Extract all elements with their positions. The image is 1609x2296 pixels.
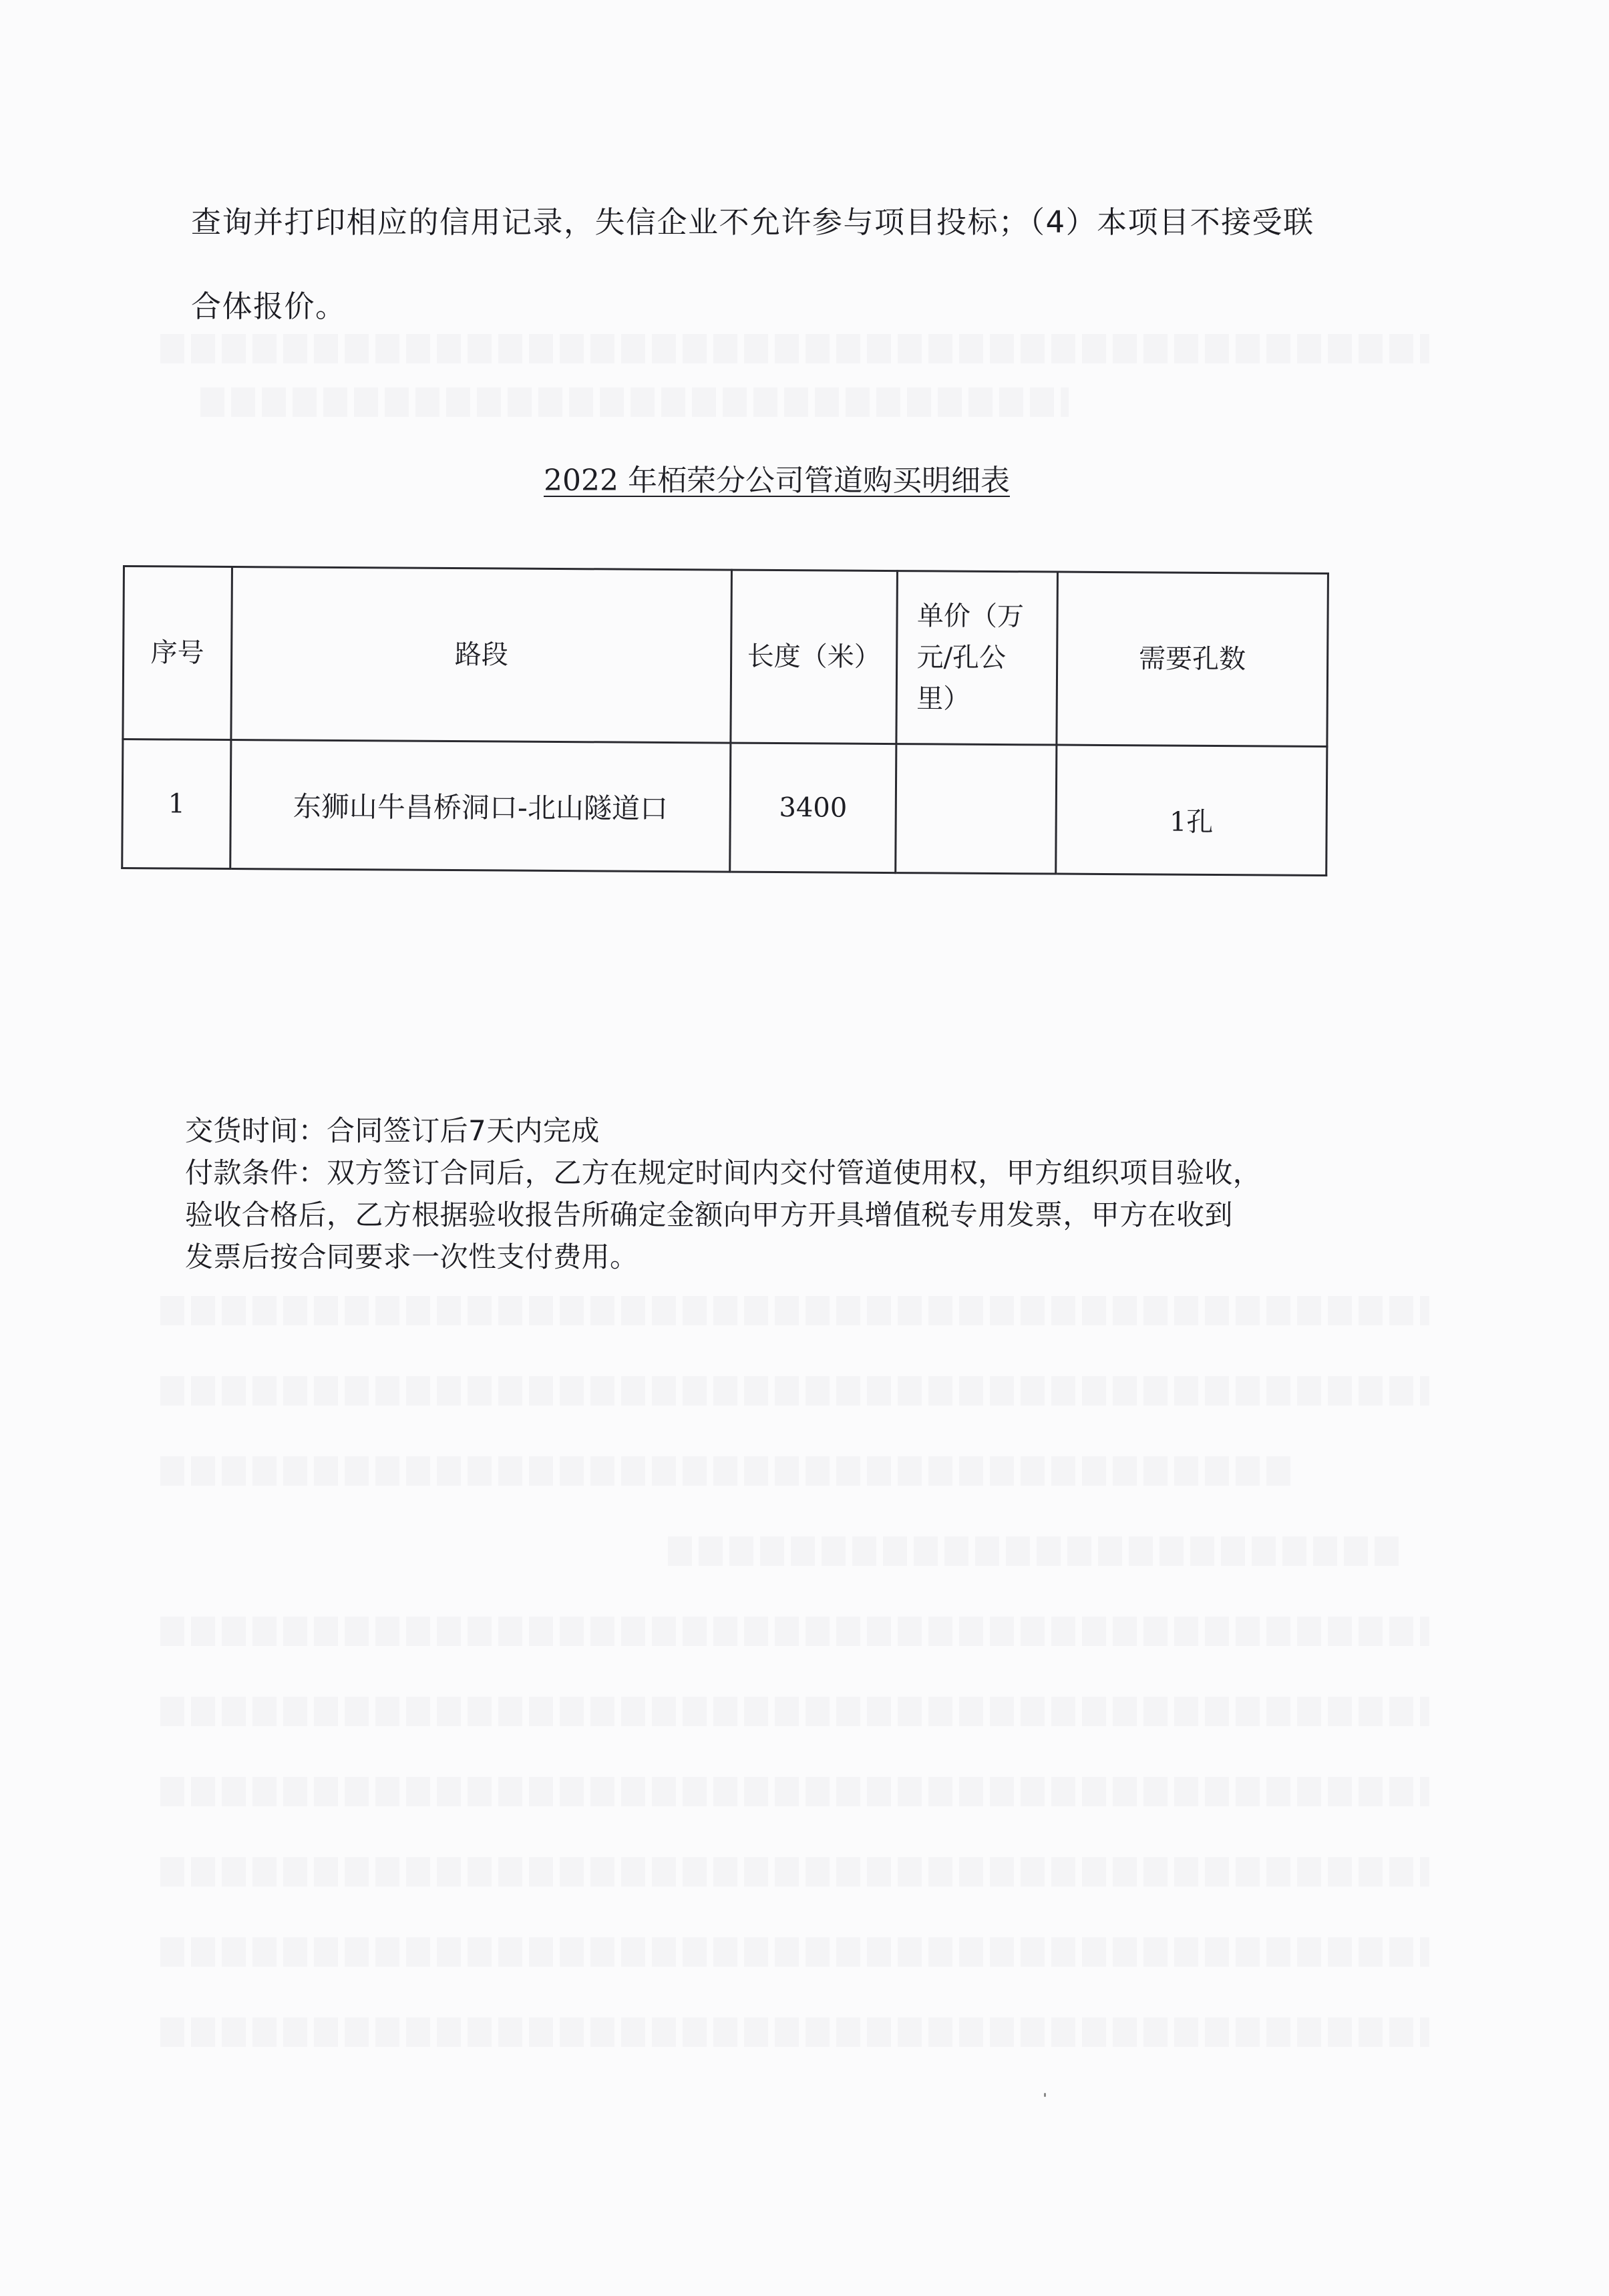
cell-unit-price <box>896 744 1057 874</box>
intro-paragraph-line-1: 查询并打印相应的信用记录，失信企业不允许参与项目投标；（4）本项目不接受联 <box>191 198 1314 241</box>
cell-road-section: 东狮山牛昌桥洞口-北山隧道口 <box>230 740 731 872</box>
intro-paragraph-line-2: 合体报价。 <box>191 282 347 325</box>
pipeline-purchase-table: 序号 路段 长度（米） 单价（万元/孔公里） 需要孔数 1 东狮山牛昌桥洞口-北… <box>121 565 1329 876</box>
bleed-through-decoration <box>160 1697 1429 1726</box>
bleed-through-decoration <box>160 334 1429 363</box>
bleed-through-decoration <box>160 1937 1429 1967</box>
header-holes-needed: 需要孔数 <box>1057 572 1328 746</box>
bleed-through-decoration <box>160 1456 1296 1486</box>
delivery-time-line: 交货时间：合同签订后7天内完成 <box>185 1109 600 1149</box>
bleed-through-decoration <box>160 1857 1429 1887</box>
payment-terms-line-2: 验收合格后，乙方根据验收报告所确定金额向甲方开具增值税专用发票，甲方在收到 <box>185 1193 1233 1233</box>
scan-speck <box>1044 2093 1046 2097</box>
header-unit-price: 单价（万元/孔公里） <box>896 571 1058 745</box>
bleed-through-decoration <box>160 1617 1429 1646</box>
document-page: 查询并打印相应的信用记录，失信企业不允许参与项目投标；（4）本项目不接受联 合体… <box>0 0 1609 2296</box>
bleed-through-decoration <box>160 1376 1429 1406</box>
header-seq: 序号 <box>123 566 232 740</box>
cell-holes-needed: 1孔 <box>1056 745 1327 875</box>
bleed-through-decoration <box>200 387 1069 417</box>
header-unit-price-label: 单价（万元/孔公里） <box>916 595 1037 720</box>
cell-seq: 1 <box>122 740 231 869</box>
table-row: 1 东狮山牛昌桥洞口-北山隧道口 3400 1孔 <box>122 740 1327 876</box>
header-road-section: 路段 <box>231 566 732 743</box>
table-title: 2022 年栢荣分公司管道购买明细表 <box>544 456 1010 499</box>
cell-length: 3400 <box>730 743 896 873</box>
bleed-through-decoration <box>160 2017 1429 2047</box>
cell-holes-needed-value: 1孔 <box>1170 806 1214 837</box>
payment-terms-line-1: 付款条件：双方签订合同后，乙方在规定时间内交付管道使用权，甲方组织项目验收， <box>185 1151 1261 1191</box>
bleed-through-decoration <box>160 1777 1429 1806</box>
bleed-through-decoration <box>160 1296 1429 1325</box>
bleed-through-decoration <box>668 1536 1403 1566</box>
table-header-row: 序号 路段 长度（米） 单价（万元/孔公里） 需要孔数 <box>123 566 1328 747</box>
payment-terms-line-3: 发票后按合同要求一次性支付费用。 <box>185 1235 638 1275</box>
header-length: 长度（米） <box>731 570 897 744</box>
